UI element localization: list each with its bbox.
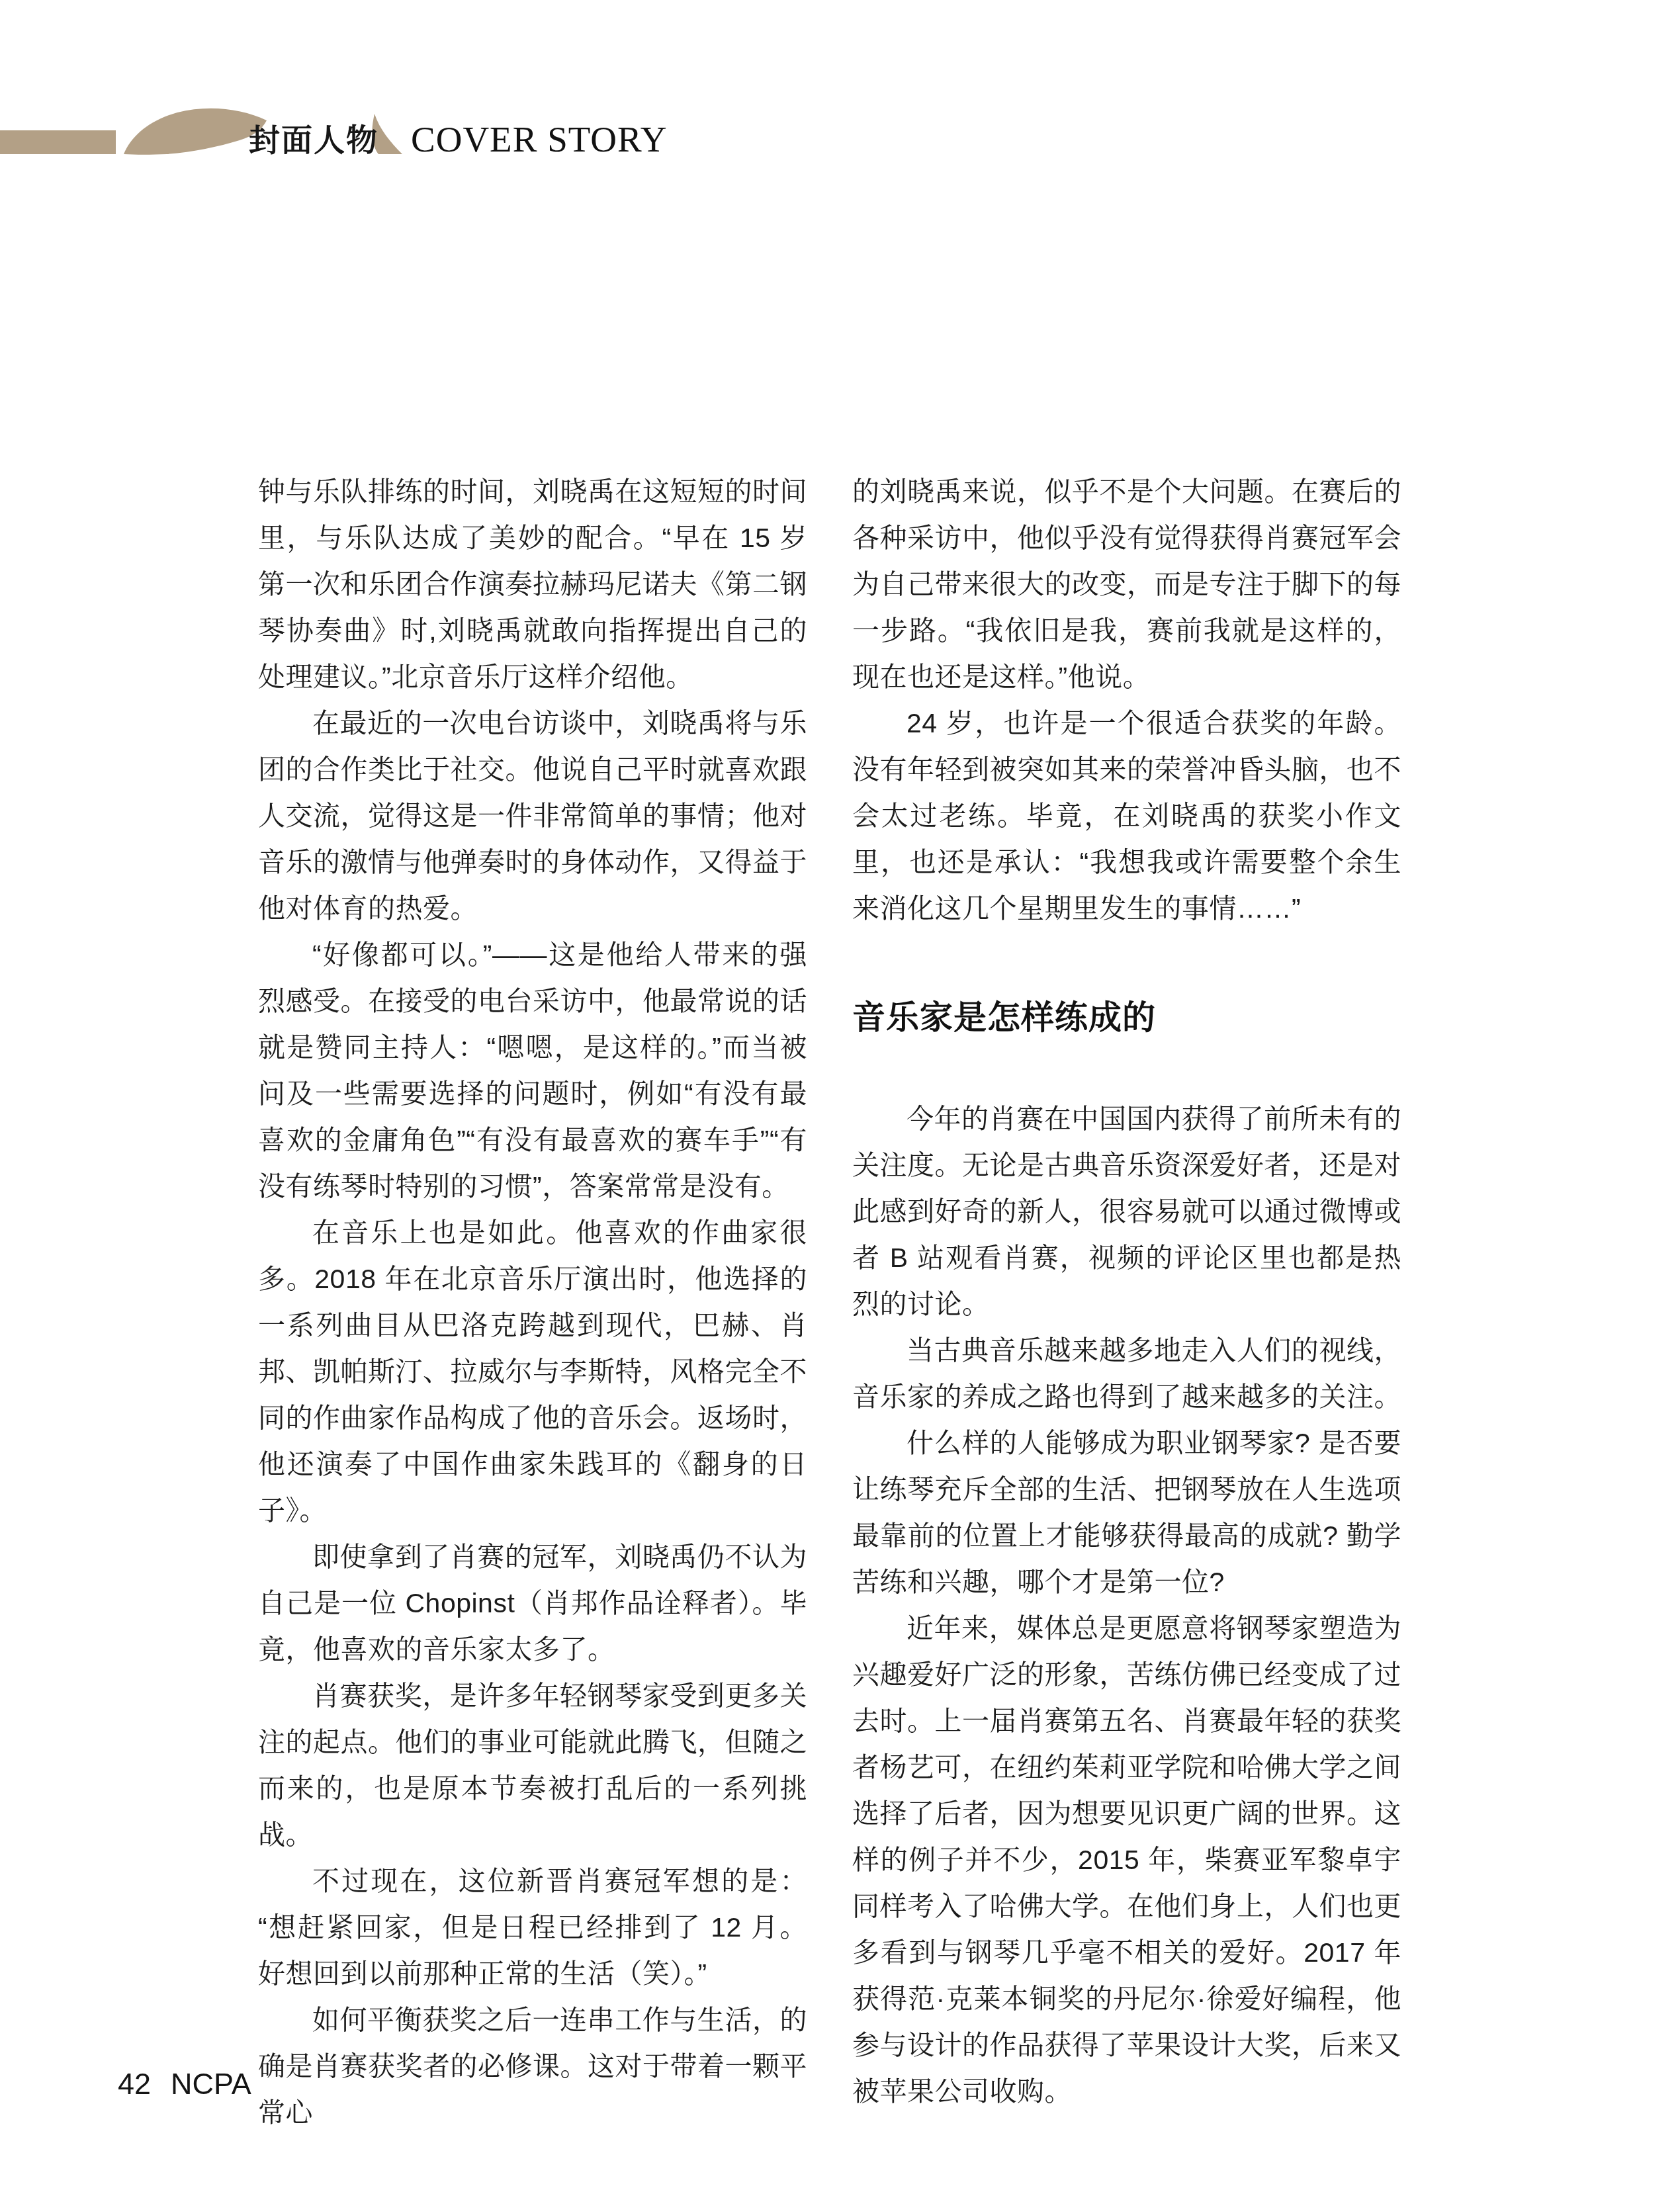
body-paragraph: 即使拿到了肖赛的冠军，刘晓禹仍不认为自己是一位 Chopinst（肖邦作品诠释者… bbox=[258, 1534, 807, 1673]
header-accent-bar bbox=[0, 130, 116, 154]
left-column: 钟与乐队排练的时间，刘晓禹在这短短的时间里，与乐队达成了美妙的配合。“早在 15… bbox=[258, 468, 807, 2136]
body-paragraph: 在音乐上也是如此。他喜欢的作曲家很多。2018 年在北京音乐厅演出时，他选择的一… bbox=[258, 1209, 807, 1534]
magazine-name: NCPA bbox=[171, 2068, 251, 2100]
body-paragraph: 如何平衡获奖之后一连串工作与生活，的确是肖赛获奖者的必修课。这对于带着一颗平常心 bbox=[258, 1997, 807, 2136]
leaf-ornament-icon bbox=[124, 109, 267, 155]
body-paragraph: 近年来，媒体总是更愿意将钢琴家塑造为兴趣爱好广泛的形象，苦练仿佛已经变成了过去时… bbox=[852, 1605, 1401, 2115]
right-column: 的刘晓禹来说，似乎不是个大问题。在赛后的各种采访中，他似乎没有觉得获得肖赛冠军会… bbox=[852, 468, 1401, 2136]
section-title-en: COVER STORY bbox=[411, 122, 667, 157]
article-body: 钟与乐队排练的时间，刘晓禹在这短短的时间里，与乐队达成了美妙的配合。“早在 15… bbox=[258, 468, 1401, 2136]
page-footer: 42 NCPA bbox=[118, 2068, 251, 2100]
section-title-zh: 封面人物 bbox=[249, 125, 378, 155]
body-paragraph: 的刘晓禹来说，似乎不是个大问题。在赛后的各种采访中，他似乎没有觉得获得肖赛冠军会… bbox=[852, 468, 1401, 700]
body-paragraph: 今年的肖赛在中国国内获得了前所未有的关注度。无论是古典音乐资深爱好者，还是对此感… bbox=[852, 1096, 1401, 1327]
section-heading: 音乐家是怎样练成的 bbox=[852, 1000, 1401, 1035]
page-number: 42 bbox=[118, 2068, 151, 2100]
body-paragraph: “好像都可以。”——这是他给人带来的强烈感受。在接受的电台采访中，他最常说的话就… bbox=[258, 932, 807, 1209]
body-paragraph: 在最近的一次电台访谈中，刘晓禹将与乐团的合作类比于社交。他说自己平时就喜欢跟人交… bbox=[258, 700, 807, 932]
body-paragraph: 24 岁，也许是一个很适合获奖的年龄。没有年轻到被突如其来的荣誉冲昏头脑，也不会… bbox=[852, 700, 1401, 932]
body-paragraph: 肖赛获奖，是许多年轻钢琴家受到更多关注的起点。他们的事业可能就此腾飞，但随之而来… bbox=[258, 1673, 807, 1858]
body-paragraph: 当古典音乐越来越多地走入人们的视线，音乐家的养成之路也得到了越来越多的关注。 bbox=[852, 1327, 1401, 1420]
body-paragraph: 什么样的人能够成为职业钢琴家? 是否要让练琴充斥全部的生活、把钢琴放在人生选项最… bbox=[852, 1420, 1401, 1605]
body-paragraph: 钟与乐队排练的时间，刘晓禹在这短短的时间里，与乐队达成了美妙的配合。“早在 15… bbox=[258, 468, 807, 700]
magazine-page: 封面人物 COVER STORY 钟与乐队排练的时间，刘晓禹在这短短的时间里，与… bbox=[0, 0, 1680, 2188]
body-paragraph: 不过现在，这位新晋肖赛冠军想的是：“想赶紧回家，但是日程已经排到了 12 月。好… bbox=[258, 1858, 807, 1997]
